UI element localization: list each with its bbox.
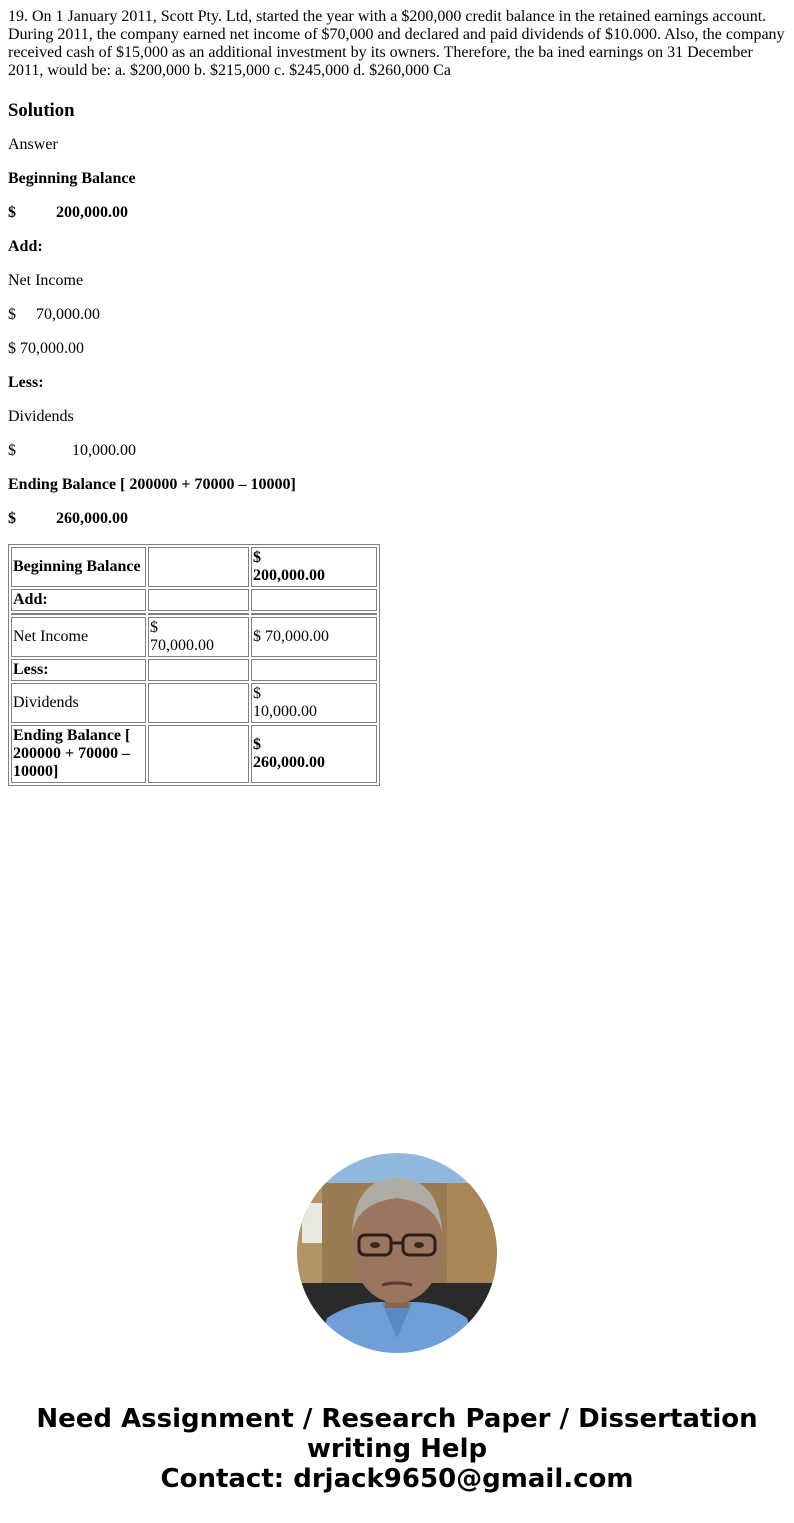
table-cell-amount: $70,000.00 xyxy=(148,617,249,657)
footer-line-1: Need Assignment / Research Paper / Disse… xyxy=(0,1404,794,1434)
table-cell-empty xyxy=(148,683,249,723)
table-row: Less: xyxy=(11,659,377,681)
table-cell-empty xyxy=(251,589,377,611)
table-cell-label: Ending Balance [ 200000 + 70000 – 10000] xyxy=(11,725,146,783)
ending-balance-label: Ending Balance [ 200000 + 70000 – 10000] xyxy=(8,476,786,494)
table-row: Dividends $10,000.00 xyxy=(11,683,377,723)
table-cell-empty xyxy=(251,659,377,681)
footer-contact-email: Contact: drjack9650@gmail.com xyxy=(0,1464,794,1494)
table-cell-empty xyxy=(148,659,249,681)
dividends-amount: $10,000.00 xyxy=(8,442,786,460)
table-row-spacer xyxy=(11,613,377,615)
net-income-total: $ 70,000.00 xyxy=(8,340,786,358)
table-cell-label: Less: xyxy=(11,659,146,681)
table-cell-amount: $ 70,000.00 xyxy=(251,617,377,657)
ending-balance-amount: $260,000.00 xyxy=(8,510,786,528)
solution-heading: Solution xyxy=(8,100,786,122)
document: 19. On 1 January 2011, Scott Pty. Ltd, s… xyxy=(8,8,786,786)
retained-earnings-table: Beginning Balance $200,000.00 Add: Net I… xyxy=(8,544,380,786)
tutor-photo-icon xyxy=(297,1153,497,1353)
table-cell-label: Net Income xyxy=(11,617,146,657)
table-row: Ending Balance [ 200000 + 70000 – 10000]… xyxy=(11,725,377,783)
question-text: 19. On 1 January 2011, Scott Pty. Ltd, s… xyxy=(8,8,786,80)
less-label: Less: xyxy=(8,374,786,392)
table-row: Add: xyxy=(11,589,377,611)
table-row: Net Income $70,000.00 $ 70,000.00 xyxy=(11,617,377,657)
beginning-balance-amount: $200,000.00 xyxy=(8,204,786,222)
table-cell-empty xyxy=(148,547,249,587)
avatar-illustration xyxy=(297,1153,497,1353)
net-income-label: Net Income xyxy=(8,272,786,290)
table-cell-label: Beginning Balance xyxy=(11,547,146,587)
table-cell-empty xyxy=(148,725,249,783)
table-cell-amount: $260,000.00 xyxy=(251,725,377,783)
answer-label: Answer xyxy=(8,136,786,154)
table-cell-amount: $10,000.00 xyxy=(251,683,377,723)
table-cell-amount: $200,000.00 xyxy=(251,547,377,587)
contact-footer: Need Assignment / Research Paper / Disse… xyxy=(0,1404,794,1494)
net-income-amount: $70,000.00 xyxy=(8,306,786,324)
beginning-balance-label: Beginning Balance xyxy=(8,170,786,188)
table-cell-label: Add: xyxy=(11,589,146,611)
dividends-label: Dividends xyxy=(8,408,786,426)
table-cell-empty xyxy=(148,589,249,611)
footer-line-2: writing Help xyxy=(0,1434,794,1464)
add-label: Add: xyxy=(8,238,786,256)
table-cell-label: Dividends xyxy=(11,683,146,723)
table-row: Beginning Balance $200,000.00 xyxy=(11,547,377,587)
